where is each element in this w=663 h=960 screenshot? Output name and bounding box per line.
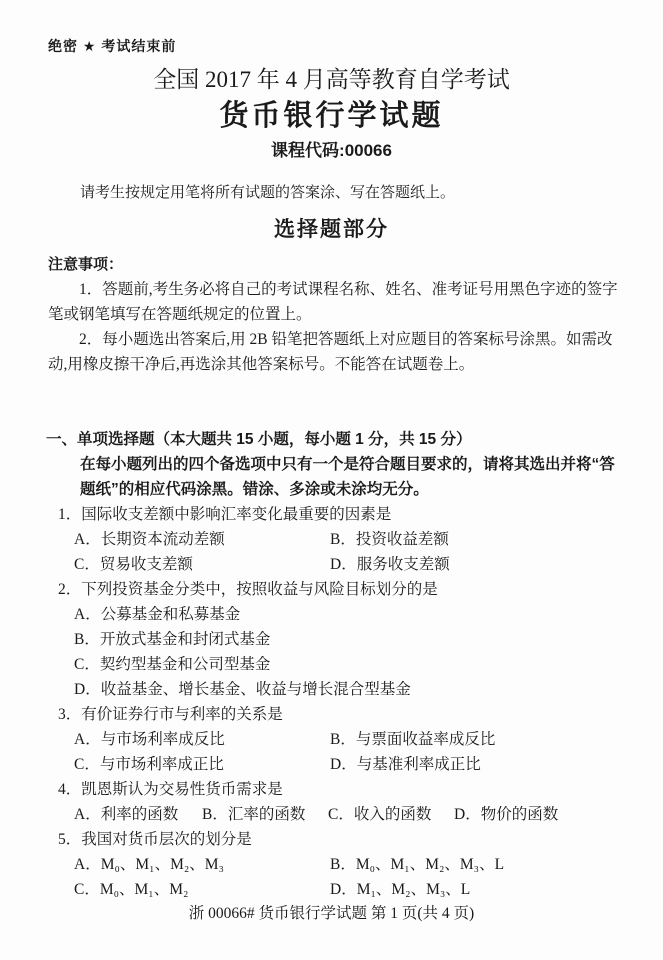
option-C: C．贸易收支差额 [74,552,330,577]
paper-title: 货币银行学试题 [0,98,663,134]
question-stem: 5．我国对货币层次的划分是 [0,827,663,852]
exam-title: 全国 2017 年 4 月高等教育自学考试 [0,65,663,95]
option-D: D．M₁、M₂、M₃、L [330,877,663,902]
option-A: A．与市场利率成反比 [74,727,330,752]
options-grid: A．长期资本流动差额B．投资收益差额C．贸易收支差额D．服务收支差额 [0,527,663,577]
option-D: D．服务收支差额 [330,552,663,577]
general-instruction: 请考生按规定用笔将所有试题的答案涂、写在答题纸上。 [48,180,619,205]
option-B: B．开放式基金和封闭式基金 [74,627,663,652]
choice-section-title: 选择题部分 [0,215,663,245]
part-one-heading: 一、单项选择题（本大题共 15 小题，每小题 1 分，共 15 分） [46,427,619,452]
options-grid: A．利率的函数B．汇率的函数C．收入的函数D．物价的函数 [0,802,663,827]
option-D: D．收益基金、增长基金、收益与增长混合型基金 [74,677,663,702]
option-B: B．汇率的函数 [202,802,328,827]
question-stem: 1．国际收支差额中影响汇率变化最重要的因素是 [0,502,663,527]
question-5: 5．我国对货币层次的划分是A．M₀、M₁、M₂、M₃B．M₀、M₁、M₂、M₃、… [0,827,663,902]
question-2: 2．下列投资基金分类中，按照收益与风险目标划分的是A．公募基金和私募基金B．开放… [0,577,663,702]
option-C: C．M₀、M₁、M₂ [74,877,330,902]
option-A: A．M₀、M₁、M₂、M₃ [74,852,330,877]
question-4: 4．凯恩斯认为交易性货币需求是A．利率的函数B．汇率的函数C．收入的函数D．物价… [0,777,663,827]
option-B: B．M₀、M₁、M₂、M₃、L [330,852,663,877]
note-item-2: 2．每小题选出答案后,用 2B 铅笔把答题纸上对应题目的答案标号涂黑。如需改动,… [48,327,619,377]
option-B: B．投资收益差额 [330,527,663,552]
classification-banner: 绝密 ★ 考试结束前 [0,0,663,55]
option-A: A．公募基金和私募基金 [74,602,663,627]
option-D: D．与基准利率成正比 [330,752,663,777]
option-C: C．与市场利率成正比 [74,752,330,777]
exam-paper-page: 绝密 ★ 考试结束前 全国 2017 年 4 月高等教育自学考试 货币银行学试题… [0,0,663,960]
note-item-1: 1．答题前,考生务必将自己的考试课程名称、姓名、准考证号用黑色字迹的签字笔或钢笔… [48,277,619,327]
part-one-subheading: 在每小题列出的四个备选项中只有一个是符合题目要求的，请将其选出并将“答题纸”的相… [46,452,623,502]
page-footer: 浙 00066# 货币银行学试题 第 1 页(共 4 页) [0,901,663,926]
notes-title: 注意事项： [48,252,663,277]
notes-list: 1．答题前,考生务必将自己的考试课程名称、姓名、准考证号用黑色字迹的签字笔或钢笔… [0,277,663,377]
options-grid: A．M₀、M₁、M₂、M₃B．M₀、M₁、M₂、M₃、LC．M₀、M₁、M₂D．… [0,852,663,902]
question-stem: 2．下列投资基金分类中，按照收益与风险目标划分的是 [0,577,663,602]
question-stem: 3．有价证券行市与利率的关系是 [0,702,663,727]
option-C: C．契约型基金和公司型基金 [74,652,663,677]
options-grid: A．与市场利率成反比B．与票面收益率成反比C．与市场利率成正比D．与基准利率成正… [0,727,663,777]
option-C: C．收入的函数 [328,802,454,827]
questions-list: 1．国际收支差额中影响汇率变化最重要的因素是A．长期资本流动差额B．投资收益差额… [0,502,663,902]
option-D: D．物价的函数 [454,802,663,827]
option-B: B．与票面收益率成反比 [330,727,663,752]
options-grid: A．公募基金和私募基金B．开放式基金和封闭式基金C．契约型基金和公司型基金D．收… [0,602,663,702]
question-stem: 4．凯恩斯认为交易性货币需求是 [0,777,663,802]
option-A: A．利率的函数 [74,802,202,827]
question-3: 3．有价证券行市与利率的关系是A．与市场利率成反比B．与票面收益率成反比C．与市… [0,702,663,777]
option-A: A．长期资本流动差额 [74,527,330,552]
question-1: 1．国际收支差额中影响汇率变化最重要的因素是A．长期资本流动差额B．投资收益差额… [0,502,663,577]
course-code: 课程代码:00066 [0,139,663,163]
